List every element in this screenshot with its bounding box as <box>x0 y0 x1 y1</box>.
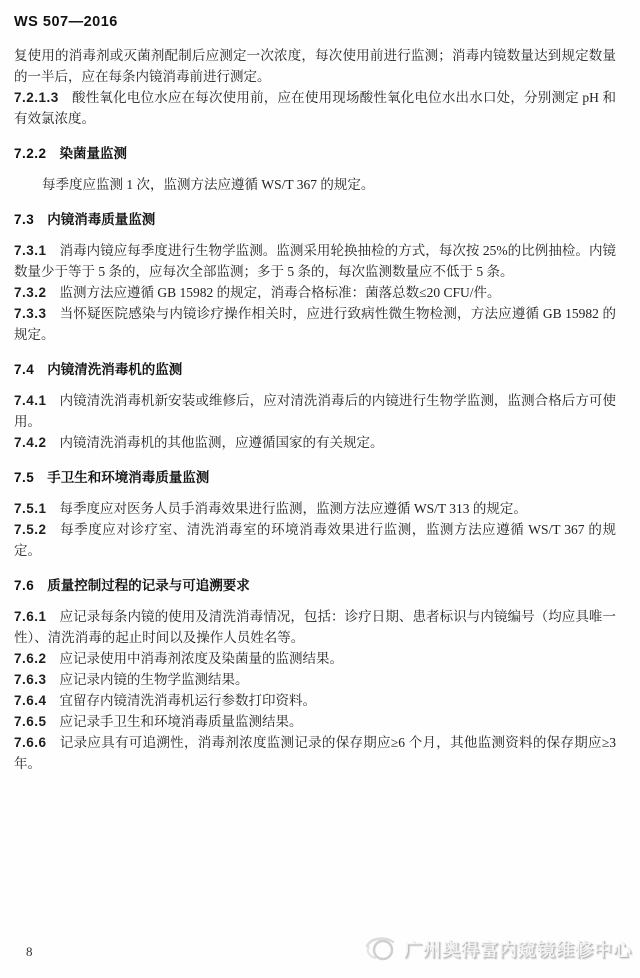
standard-number-header: WS 507—2016 <box>14 12 616 32</box>
clause-paragraph-7-6-5: 7.6.5应记录手卫生和环境消毒质量监测结果。 <box>14 711 616 732</box>
clause-paragraph-7-3-2: 7.3.2监测方法应遵循 GB 15982 的规定，消毒合格标准：菌落总数≤20… <box>14 282 616 303</box>
clause-text: 应记录手卫生和环境消毒质量监测结果。 <box>60 714 303 729</box>
clause-number: 7.6.3 <box>14 672 47 687</box>
clause-text: 每季度应监测 1 次，监测方法应遵循 WS/T 367 的规定。 <box>42 177 374 192</box>
clause-text: 宜留存内镜清洗消毒机运行参数打印资料。 <box>60 693 317 708</box>
clause-text: 当怀疑医院感染与内镜诊疗操作相关时，应进行致病性微生物检测，方法应遵循 GB 1… <box>14 306 616 342</box>
body-paragraph-continued: 复使用的消毒剂或灭菌剂配制后应测定一次浓度，每次使用前进行监测；消毒内镜数量达到… <box>14 45 616 87</box>
clause-number: 7.5.1 <box>14 501 47 516</box>
clause-text: 消毒内镜应每季度进行生物学监测。监测采用轮换抽检的方式，每次按 25%的比例抽检… <box>14 243 616 279</box>
indented-paragraph: 每季度应监测 1 次，监测方法应遵循 WS/T 367 的规定。 <box>14 174 616 195</box>
clause-number: 7.5.2 <box>14 522 47 537</box>
section-heading-7-5: 7.5手卫生和环境消毒质量监测 <box>14 467 616 488</box>
clause-text: 监测方法应遵循 GB 15982 的规定，消毒合格标准：菌落总数≤20 CFU/… <box>60 285 501 300</box>
clause-paragraph-7-5-2: 7.5.2每季度应对诊疗室、清洗消毒室的环境消毒效果进行监测，监测方法应遵循 W… <box>14 519 616 561</box>
endoscope-company-logo-icon <box>363 934 399 964</box>
clause-text: 复使用的消毒剂或灭菌剂配制后应测定一次浓度，每次使用前进行监测；消毒内镜数量达到… <box>14 48 616 84</box>
watermark-text: 广州奥得富内窥镜维修中心 <box>404 936 632 962</box>
clause-paragraph-7-3-3: 7.3.3当怀疑医院感染与内镜诊疗操作相关时，应进行致病性微生物检测，方法应遵循… <box>14 303 616 345</box>
clause-text: 应记录使用中消毒剂浓度及染菌量的监测结果。 <box>60 651 344 666</box>
section-number: 7.4 <box>14 362 34 377</box>
clause-text: 记录应具有可追溯性，消毒剂浓度监测记录的保存期应≥6 个月，其他监测资料的保存期… <box>14 735 616 771</box>
clause-number: 7.6.1 <box>14 609 47 624</box>
clause-paragraph-7-6-4: 7.6.4宜留存内镜清洗消毒机运行参数打印资料。 <box>14 690 616 711</box>
clause-number: 7.3.2 <box>14 285 47 300</box>
clause-paragraph-7-4-2: 7.4.2内镜清洗消毒机的其他监测，应遵循国家的有关规定。 <box>14 432 616 453</box>
clause-paragraph-7-6-1: 7.6.1应记录每条内镜的使用及清洗消毒情况，包括：诊疗日期、患者标识与内镜编号… <box>14 606 616 648</box>
clause-number: 7.6.4 <box>14 693 47 708</box>
page-content: WS 507—2016 复使用的消毒剂或灭菌剂配制后应测定一次浓度，每次使用前进… <box>0 0 640 774</box>
clause-number: 7.6.2 <box>14 651 47 666</box>
clause-paragraph-7-2-1-3: 7.2.1.3酸性氧化电位水应在每次使用前，应在使用现场酸性氧化电位水出水口处，… <box>14 87 616 129</box>
clause-paragraph-7-6-6: 7.6.6记录应具有可追溯性，消毒剂浓度监测记录的保存期应≥6 个月，其他监测资… <box>14 732 616 774</box>
clause-text: 酸性氧化电位水应在每次使用前，应在使用现场酸性氧化电位水出水口处，分别测定 pH… <box>14 90 616 126</box>
clause-text: 应记录每条内镜的使用及清洗消毒情况，包括：诊疗日期、患者标识与内镜编号（均应具唯… <box>14 609 616 645</box>
clause-number: 7.2.1.3 <box>14 90 59 105</box>
section-title: 质量控制过程的记录与可追溯要求 <box>47 578 250 593</box>
section-title: 内镜消毒质量监测 <box>47 212 155 227</box>
document-page: WS 507—2016 复使用的消毒剂或灭菌剂配制后应测定一次浓度，每次使用前进… <box>0 0 640 978</box>
clause-text: 应记录内镜的生物学监测结果。 <box>60 672 249 687</box>
clause-number: 7.6.6 <box>14 735 47 750</box>
section-number: 7.3 <box>14 212 34 227</box>
section-title: 手卫生和环境消毒质量监测 <box>47 470 209 485</box>
clause-text: 内镜清洗消毒机的其他监测，应遵循国家的有关规定。 <box>60 435 384 450</box>
clause-text: 内镜清洗消毒机新安装或维修后，应对清洗消毒后的内镜进行生物学监测，监测合格后方可… <box>14 393 616 429</box>
clause-paragraph-7-6-3: 7.6.3应记录内镜的生物学监测结果。 <box>14 669 616 690</box>
section-heading-7-6: 7.6质量控制过程的记录与可追溯要求 <box>14 575 616 596</box>
watermark: 广州奥得富内窥镜维修中心 <box>363 934 632 964</box>
clause-number: 7.3.1 <box>14 243 47 258</box>
clause-paragraph-7-6-2: 7.6.2应记录使用中消毒剂浓度及染菌量的监测结果。 <box>14 648 616 669</box>
clause-paragraph-7-4-1: 7.4.1内镜清洗消毒机新安装或维修后，应对清洗消毒后的内镜进行生物学监测，监测… <box>14 390 616 432</box>
section-number: 7.6 <box>14 578 34 593</box>
section-number: 7.5 <box>14 470 34 485</box>
section-title: 内镜清洗消毒机的监测 <box>47 362 182 377</box>
section-heading-7-2-2: 7.2.2染菌量监测 <box>14 143 616 164</box>
section-heading-7-4: 7.4内镜清洗消毒机的监测 <box>14 359 616 380</box>
clause-number: 7.4.1 <box>14 393 47 408</box>
clause-text: 每季度应对诊疗室、清洗消毒室的环境消毒效果进行监测，监测方法应遵循 WS/T 3… <box>14 522 616 558</box>
page-number: 8 <box>26 944 33 960</box>
clause-number: 7.6.5 <box>14 714 47 729</box>
clause-paragraph-7-3-1: 7.3.1消毒内镜应每季度进行生物学监测。监测采用轮换抽检的方式，每次按 25%… <box>14 240 616 282</box>
clause-number: 7.4.2 <box>14 435 47 450</box>
section-heading-7-3: 7.3内镜消毒质量监测 <box>14 209 616 230</box>
section-number: 7.2.2 <box>14 146 47 161</box>
clause-text: 每季度应对医务人员手消毒效果进行监测，监测方法应遵循 WS/T 313 的规定。 <box>60 501 527 516</box>
section-title: 染菌量监测 <box>60 146 128 161</box>
clause-number: 7.3.3 <box>14 306 47 321</box>
clause-paragraph-7-5-1: 7.5.1每季度应对医务人员手消毒效果进行监测，监测方法应遵循 WS/T 313… <box>14 498 616 519</box>
